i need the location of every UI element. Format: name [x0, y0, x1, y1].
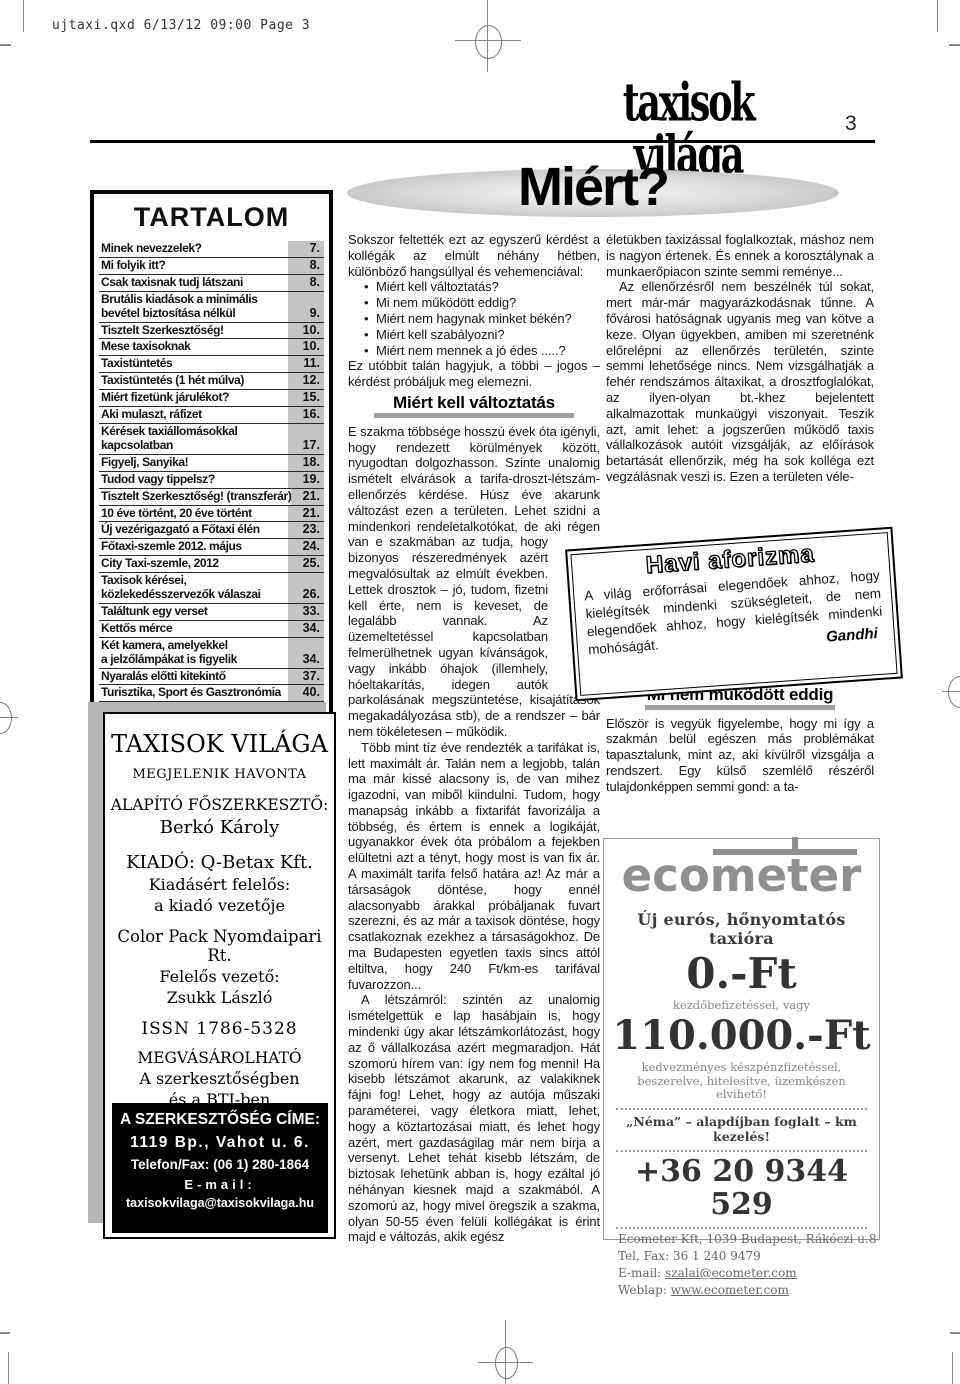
toc-item: Figyelj, Sanyika!18.: [99, 455, 324, 472]
toc-item: Taxisok kérései,közlekedésszervezők vála…: [99, 573, 324, 604]
ad-web-line: Weblap: www.ecometer.com: [618, 1283, 879, 1297]
registration-mark: [0, 702, 12, 734]
masthead-publisher-resp: Kiadásért felelős:: [105, 875, 334, 894]
toc-item-label: Tisztelt Szerkesztőség! (transzferár): [99, 489, 291, 505]
toc-item-page: 15.: [288, 390, 324, 406]
ad-divider: [616, 1108, 867, 1110]
toc-item: Találtunk egy verset33.: [99, 604, 324, 621]
ad-web-link: www.ecometer.com: [671, 1283, 789, 1297]
bullet-text: Mi nem működött eddig?: [376, 295, 516, 311]
paragraph: A létszámról: szintén az unalomig isméte…: [348, 992, 600, 1245]
toc-item-label: Csak taxisnak tudj látszani: [99, 275, 288, 291]
paragraph-text: E szakma többsége hosszú évek óta igényl…: [348, 424, 600, 550]
ad-price-full: 110.000.-Ft: [604, 1015, 879, 1057]
toc-item-page: 11.: [288, 356, 324, 372]
toc-item: Két kamera, amelyekkela jelzőlámpákat is…: [99, 638, 324, 669]
toc-item: Taxistüntetés11.: [99, 356, 324, 373]
masthead-issn: ISSN 1786-5328: [105, 1019, 334, 1039]
ad-telfax: Tel, Fax: 36 1 240 9479: [618, 1249, 879, 1263]
toc-item-page: 12.: [288, 373, 324, 389]
masthead-frequency: MEGJELENIK HAVONTA: [105, 767, 334, 782]
toc-item-page: 34.: [288, 638, 324, 668]
ecometer-advertisement: ecometer Új eurós, hőnyomtatós taxióra 0…: [603, 838, 880, 1240]
toc-item-page: 19.: [288, 472, 324, 488]
toc-item: City Taxi-szemle, 201225.: [99, 556, 324, 573]
toc-item-label: Két kamera, amelyekkela jelzőlámpákat is…: [99, 638, 288, 668]
toc-item: Kettős mérce34.: [99, 621, 324, 638]
page-number: 3: [845, 112, 857, 136]
bullet-icon: •: [364, 279, 376, 295]
ecometer-logo-stem: [792, 837, 798, 855]
toc-item: Tisztelt Szerkesztőség! (transzferár)21.: [99, 489, 324, 506]
crop-mark: [949, 44, 960, 46]
question-bullet-list: •Miért kell változtatás?•Mi nem működött…: [348, 279, 600, 358]
aphorism-author: Gandhi: [826, 625, 879, 646]
address-email: taxisokvilaga@taxisokvilaga.hu: [112, 1196, 328, 1210]
bullet-item: •Miért kell változtatás?: [348, 279, 600, 295]
toc-item-label: Aki mulaszt, ráfizet: [99, 407, 288, 423]
toc-item: Mese taxisoknak10.: [99, 339, 324, 356]
masthead-buy1: MEGVÁSÁROLHATÓ: [105, 1049, 334, 1067]
article-title: Miért?: [347, 160, 839, 214]
masthead-founder: Berkó Károly: [105, 817, 334, 838]
toc-item-label: Mese taxisoknak: [99, 339, 288, 355]
ecometer-logo-text: ecometer: [622, 849, 862, 902]
subhead-underline: [645, 705, 835, 710]
toc-item: Csak taxisnak tudj látszani8.: [99, 275, 324, 292]
ad-phone-number: +36 20 9344 529: [604, 1155, 879, 1221]
toc-item: Új vezérigazgató a Főtaxi élén23.: [99, 522, 324, 539]
aphorism-inner-frame: Havi aforizma A világ erőforrásai elegen…: [570, 532, 897, 696]
crop-mark: [952, 1352, 953, 1384]
ad-headline: Új eurós, hőnyomtatós taxióra: [604, 910, 879, 948]
ad-price-note: kezdőbefizetéssel, vagy: [604, 998, 879, 1012]
toc-item-label: Taxistüntetés: [99, 356, 288, 372]
toc-item: Tudod vagy tippelsz?19.: [99, 472, 324, 489]
toc-item: Miért fizetünk járulékot?15.: [99, 390, 324, 407]
ad-feature: „Néma” – alapdíjban foglalt – km kezelés…: [604, 1114, 879, 1144]
bullet-text: Miért kell szabályozni?: [376, 327, 504, 343]
ad-price-zero: 0.-Ft: [604, 952, 879, 996]
toc-item-page: 40.: [288, 685, 324, 701]
crop-mark: [0, 1332, 10, 1334]
bullet-icon: •: [364, 295, 376, 311]
toc-item-label: Kérések taxiállomásokkalkapcsolatban: [99, 424, 288, 454]
toc-item: Minek nevezzelek?7.: [99, 241, 324, 258]
bullet-text: Miért nem hagynak minket békén?: [376, 311, 572, 327]
toc-item-label: Minek nevezzelek?: [99, 241, 288, 257]
crop-mark: [950, 1332, 960, 1334]
toc-item-label: Főtaxi-szemle 2012. május: [99, 539, 288, 555]
toc-item-page: 26.: [288, 573, 324, 603]
toc-item-label: Tisztelt Szerkesztőség!: [99, 323, 288, 339]
toc-item: Kérések taxiállomásokkalkapcsolatban17.: [99, 424, 324, 455]
bullet-icon: •: [364, 327, 376, 343]
toc-item-label: Mi folyik itt?: [99, 258, 288, 274]
toc-item-label: Miért fizetünk járulékot?: [99, 390, 288, 406]
section-subhead: Miért kell változtatás: [348, 395, 600, 411]
address-title: A SZERKESZTŐSÉG CÍME:: [112, 1111, 328, 1129]
toc-item: Tisztelt Szerkesztőség!10.: [99, 323, 324, 340]
toc-item-page: 23.: [288, 522, 324, 538]
toc-item-page: 21.: [288, 506, 324, 522]
crop-mark: [23, 0, 24, 32]
toc-item-page: 10.: [288, 323, 324, 339]
ad-divider: [616, 1150, 867, 1152]
toc-item-label: Taxisok kérései,közlekedésszervezők vála…: [99, 573, 288, 603]
toc-item-label: City Taxi-szemle, 2012: [99, 556, 288, 572]
paragraph: Több mint tíz éve rendezték a tarifákat …: [348, 740, 600, 993]
prepress-file-info: ujtaxi.qxd 6/13/12 09:00 Page 3: [52, 18, 310, 33]
masthead-publisher: KIADÓ: Q-Betax Kft.: [105, 852, 334, 873]
paragraph: életükben taxizással foglalkoztak, másho…: [606, 232, 874, 279]
toc-item-label: Új vezérigazgató a Főtaxi élén: [99, 522, 288, 538]
masthead-publisher-resp2: a kiadó vezetője: [105, 896, 334, 915]
ad-price-full-note: kedvezményes készpénzfizetéssel, beszere…: [604, 1061, 879, 1102]
subhead-underline: [374, 413, 574, 418]
masthead-printer-resp: Felelős vezető:: [105, 967, 334, 986]
bullet-icon: •: [364, 311, 376, 327]
toc-item-label: Turisztika, Sport és Gasztronómia: [99, 685, 288, 701]
toc-item-page: 17.: [288, 424, 324, 454]
crop-mark: [937, 0, 938, 32]
ad-divider: [616, 1227, 867, 1229]
crop-mark: [0, 44, 11, 46]
toc-item: Mi folyik itt?8.: [99, 258, 324, 275]
address-street: 1119 Bp., Vahot u. 6.: [112, 1134, 328, 1152]
bullet-text: Miért kell változtatás?: [376, 279, 499, 295]
toc-item-label: Figyelj, Sanyika!: [99, 455, 288, 471]
toc-item-page: 7.: [288, 241, 324, 257]
aphorism-box: Havi aforizma A világ erőforrásai elegen…: [565, 527, 903, 702]
ad-email-label: E-mail:: [618, 1266, 665, 1280]
paragraph: Az ellenőrzésről nem beszélnék túl sokat…: [606, 279, 874, 484]
article-column-1: Sokszor feltették ezt az egyszerű kérdés…: [348, 232, 600, 1245]
toc-item-page: 10.: [288, 339, 324, 355]
toc-list: Minek nevezzelek?7.Mi folyik itt?8.Csak …: [99, 241, 324, 736]
bullet-text: Miért nem mennek a jó édes .....?: [376, 343, 566, 359]
address-email-label: E-mail:: [112, 1177, 328, 1192]
paragraph: E szakma többsége hosszú évek óta igényl…: [348, 424, 600, 740]
paragraph: Sokszor feltették ezt az egyszerű kérdés…: [348, 232, 600, 279]
header-rule: [90, 140, 875, 143]
bullet-item: •Miért kell szabályozni?: [348, 327, 600, 343]
ecometer-logo: ecometer: [622, 853, 862, 898]
ad-company: Ecometer Kft, 1039 Budapest, Rákóczi u.8: [618, 1232, 879, 1246]
toc-item-page: 9.: [288, 292, 324, 322]
toc-item-page: 33.: [288, 604, 324, 620]
ad-email-link: szalai@ecometer.com: [665, 1266, 796, 1280]
toc-item-page: 8.: [288, 275, 324, 291]
address-phone: Telefon/Fax: (06 1) 280-1864: [112, 1157, 328, 1172]
registration-mark: [948, 676, 960, 708]
scanned-magazine-page: ujtaxi.qxd 6/13/12 09:00 Page 3 taxisok …: [0, 0, 960, 1384]
toc-item: Főtaxi-szemle 2012. május24.: [99, 539, 324, 556]
toc-item-label: 10 éve történt, 20 éve történt: [99, 506, 288, 522]
toc-item: Nyaralás előtti kitekintő37.: [99, 669, 324, 686]
ecometer-logo-bar: [713, 849, 857, 855]
article-column-2: életükben taxizással foglalkoztak, másho…: [606, 232, 874, 795]
toc-item-label: Tudod vagy tippelsz?: [99, 472, 288, 488]
toc-item-page: 21.: [291, 489, 324, 505]
table-of-contents: TARTALOM Minek nevezzelek?7.Mi folyik it…: [90, 190, 333, 743]
registration-mark: [495, 1347, 518, 1379]
toc-item-label: Taxistüntetés (1 hét múlva): [99, 373, 288, 389]
paragraph: Ez utóbbit talán hagyjuk, a többi – jogo…: [348, 358, 600, 390]
toc-item-page: 24.: [288, 539, 324, 555]
toc-item-page: 37.: [288, 669, 324, 685]
toc-item-page: 34.: [288, 621, 324, 637]
paragraph: Először is vegyük figyelembe, hogy mi íg…: [606, 716, 874, 795]
toc-item: Taxistüntetés (1 hét múlva)12.: [99, 373, 324, 390]
toc-item-page: 25.: [288, 556, 324, 572]
editorial-address-box: A SZERKESZTŐSÉG CÍME: 1119 Bp., Vahot u.…: [112, 1103, 328, 1233]
bullet-item: •Miért nem mennek a jó édes .....?: [348, 343, 600, 359]
toc-item: 10 éve történt, 20 éve történt21.: [99, 506, 324, 523]
masthead-founder-label: ALAPÍTÓ FŐSZERKESZTŐ:: [105, 796, 334, 814]
toc-item-label: Találtunk egy verset: [99, 604, 288, 620]
toc-title: TARTALOM: [99, 202, 324, 233]
masthead-title: TAXISOK VILÁGA: [105, 730, 334, 758]
toc-item: Turisztika, Sport és Gasztronómia40.: [99, 685, 324, 702]
masthead-printer-resp2: Zsukk László: [105, 988, 334, 1007]
ad-web-label: Weblap:: [618, 1283, 671, 1297]
crop-mark: [8, 1352, 9, 1384]
toc-item: Brutális kiadások a minimálisbevétel biz…: [99, 292, 324, 323]
masthead-printer: Color Pack Nyomdaipari Rt.: [105, 927, 334, 965]
bullet-item: •Mi nem működött eddig?: [348, 295, 600, 311]
toc-item-label: Kettős mérce: [99, 621, 288, 637]
bullet-icon: •: [364, 343, 376, 359]
ad-email-line: E-mail: szalai@ecometer.com: [618, 1266, 879, 1280]
bullet-item: •Miért nem hagynak minket békén?: [348, 311, 600, 327]
toc-item-label: Nyaralás előtti kitekintő: [99, 669, 288, 685]
toc-item-page: 16.: [288, 407, 324, 423]
toc-item-page: 18.: [288, 455, 324, 471]
toc-item: Aki mulaszt, ráfizet16.: [99, 407, 324, 424]
toc-item-page: 8.: [288, 258, 324, 274]
masthead-buy2: A szerkesztőségben: [105, 1069, 334, 1088]
registration-mark: [475, 25, 502, 59]
toc-item-label: Brutális kiadások a minimálisbevétel biz…: [99, 292, 288, 322]
